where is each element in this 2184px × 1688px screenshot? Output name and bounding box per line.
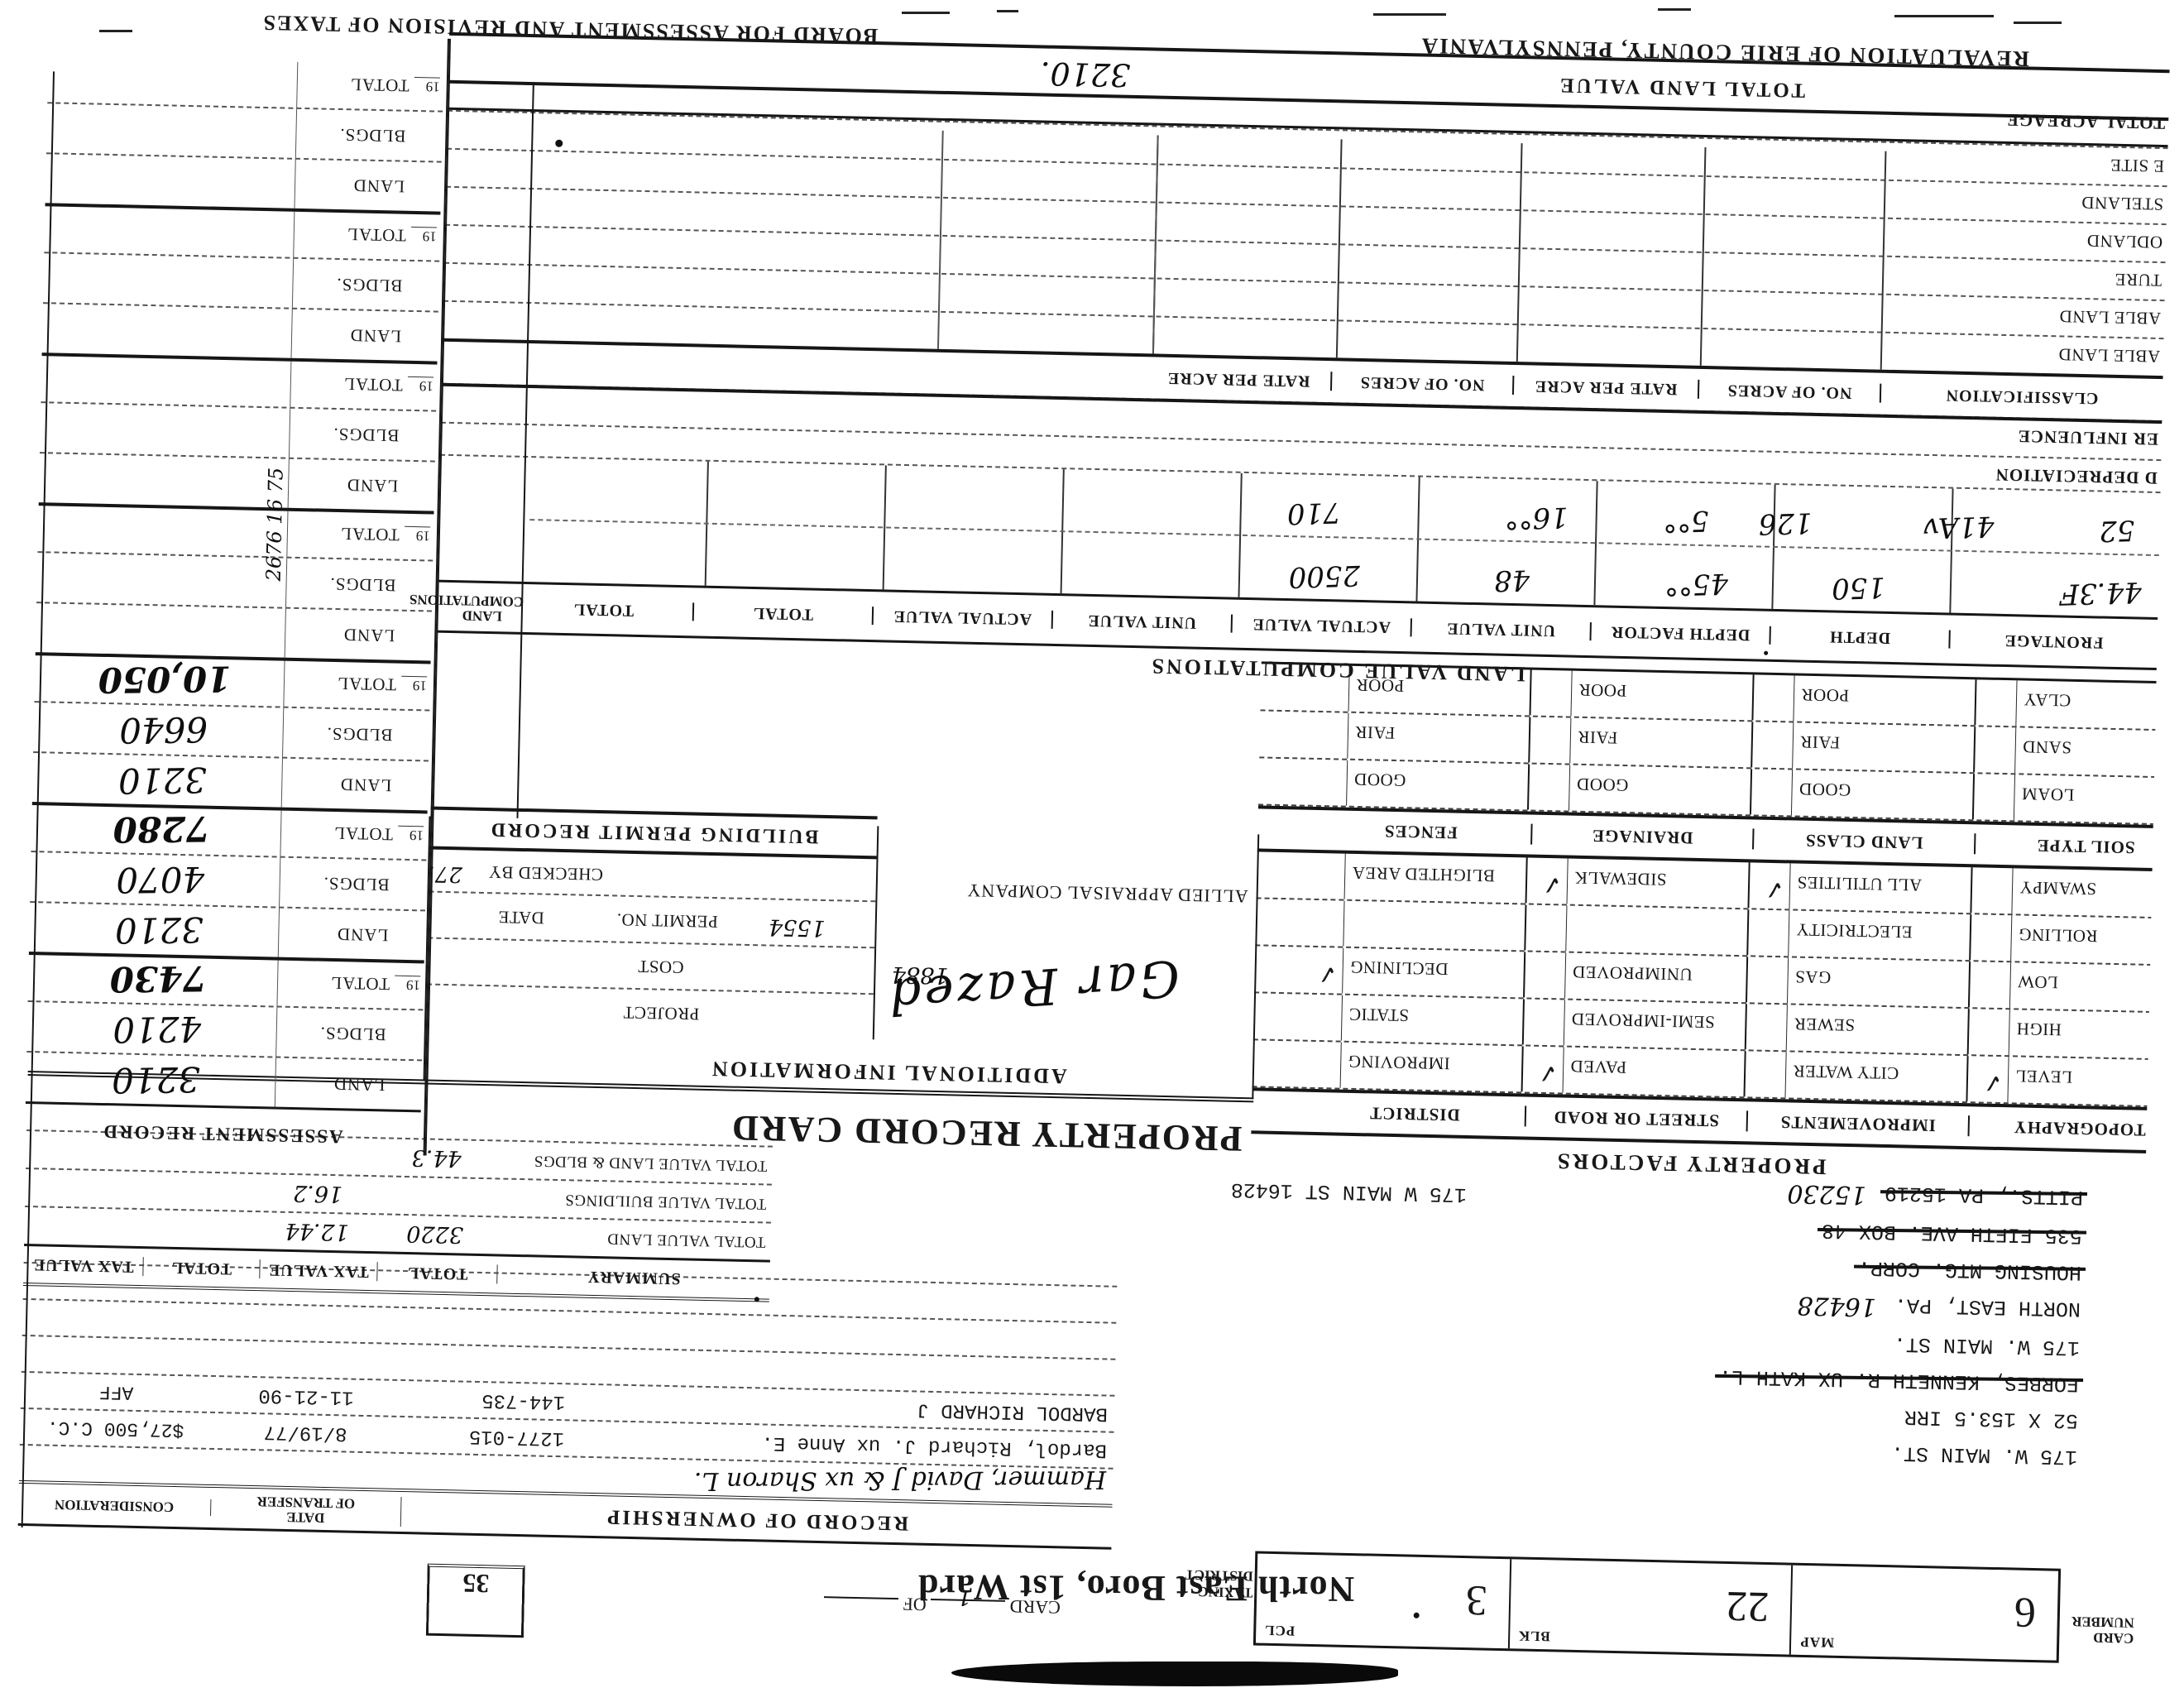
factor-option: GAS	[1788, 957, 1971, 1007]
property-record-card-title: PROPERTY RECORD CARD	[721, 1106, 1252, 1160]
assessment-handwritten-value	[51, 378, 291, 381]
building-permit-record-box: PROJECTCOST1884PERMIT NO.DATE1554CHECKED…	[426, 817, 879, 1040]
permit-cost-label: COST	[638, 956, 684, 977]
comp-handwritten-value: 710	[1286, 496, 1341, 530]
deed-book-page	[399, 1471, 563, 1475]
factor-check-cell	[1525, 952, 1566, 998]
comp-handwritten-value: 2500	[1288, 559, 1361, 594]
assessment-row-label: LAND	[347, 474, 399, 496]
field-label-map: MAP	[1799, 1633, 1834, 1651]
assessment-row-label-cell: LAND	[285, 623, 432, 647]
assessment-block: LANDBLDGS.19TOTAL	[36, 506, 434, 664]
assessment-row: LAND	[42, 304, 438, 361]
assessment-row-label-cell: BLDGS.	[283, 722, 429, 746]
additional-information-title: ADDITIONAL INFORMATION	[574, 1053, 1203, 1091]
assessment-year-prefix: 19	[395, 976, 420, 994]
factor-check-cell	[1303, 900, 1344, 947]
assessment-block: LAND3210BLDGS.407019TOTAL7280	[29, 805, 428, 963]
assessment-block: LANDBLDGS.19TOTAL	[39, 356, 438, 514]
assessment-row-label-cell: LAND	[275, 1072, 422, 1096]
assessment-row-label-cell: 19TOTAL	[291, 372, 438, 396]
summary-total-value: 44.3	[376, 1144, 496, 1172]
factor-check-cell	[1974, 774, 2015, 820]
permit-checked-by-label: CHECKED BY	[488, 861, 603, 885]
owner-address-block: 175 W. MAIN ST.52 X 153.5 IRRFORBES, KEN…	[1449, 1165, 2084, 1475]
assessment-handwritten-value: 7430	[38, 957, 279, 1001]
factor-option: BLIGHTED AREA	[1345, 854, 1528, 904]
comp-handwritten-value: 52	[2099, 513, 2135, 547]
class-header-0: CLASSIFICATION	[1881, 384, 2162, 409]
summary-row-label: TOTAL VALUE BUILDINGS	[495, 1188, 771, 1212]
assessment-row-label-cell: BLDGS.	[280, 872, 426, 896]
summary-row-label: TOTAL VALUE LAND & BLDGS	[496, 1150, 772, 1174]
assessment-row-label: TOTAL	[347, 223, 406, 246]
comp-header-0: FRONTAGE	[1950, 631, 2157, 653]
comp-header-7: TOTAL	[694, 602, 874, 625]
factor-check-cell	[1976, 679, 2017, 726]
assessment-row: LAND	[45, 154, 442, 211]
comp-header-3: UNIT VALUE	[1412, 618, 1592, 640]
factor-option: CITY WATER	[1785, 1052, 1968, 1101]
factor-option: CLAY	[2016, 680, 2170, 730]
address-handwritten-suffix: 16428	[1797, 1287, 1876, 1325]
assessment-block: LAND3210BLDGS.664019TOTAL10,050	[32, 655, 431, 813]
assessment-handwritten-value: 3210	[42, 759, 283, 803]
factor-option: LEVEL	[2008, 1057, 2170, 1106]
address-line-text: 175 W. MAIN ST.	[1891, 1434, 2078, 1475]
permit-project-label: PROJECT	[623, 1002, 700, 1024]
consideration-value	[19, 1463, 210, 1467]
assessment-row-label-cell: 19TOTAL	[285, 672, 431, 696]
permit-no-label: PERMIT NO.	[616, 909, 718, 932]
allied-appraisal-company-label: ALLIED APPRAISAL COMPANY	[966, 880, 1248, 907]
assessment-handwritten-value	[45, 629, 285, 632]
factor-option: GOOD	[1792, 770, 1975, 819]
assessment-row: LAND3210	[29, 903, 425, 960]
factor-option: PAVED	[1564, 1048, 1746, 1097]
permit-handwritten-1884: 1884	[891, 961, 948, 988]
summary-header-3: TOTAL	[144, 1258, 261, 1279]
ownership-title-cell: RECORD OF OWNERSHIP	[401, 1500, 1112, 1539]
permit-date-label: DATE	[498, 906, 544, 928]
assessment-handwritten-value	[57, 129, 297, 132]
class-header-4: RATE PER ACRE	[1147, 368, 1332, 391]
building-permit-record-title-text: BUILDING PERMIT RECORD	[488, 818, 818, 848]
factor-subheader-cell: LAND CLASS	[1754, 829, 1976, 855]
comp-header-5: UNIT VALUE	[1053, 611, 1233, 633]
factor-option: SEWER	[1787, 1005, 1970, 1054]
assessment-row-label-cell: BLDGS.	[296, 123, 443, 147]
factor-check-cell	[1971, 867, 2013, 914]
assessment-row-label: TOTAL	[337, 673, 396, 695]
property-factors-table: TOPOGRAPHYIMPROVEMENTSSTREET OR ROADDIST…	[1251, 661, 2170, 1154]
summary-total-value	[376, 1195, 496, 1197]
factor-option: LOAM	[2014, 774, 2171, 824]
assessment-label-spacer	[386, 1034, 423, 1035]
assessment-handwritten-value: 3210	[36, 1057, 276, 1101]
assessment-row-label-cell: BLDGS.	[290, 423, 436, 447]
factor-check-cell	[1748, 909, 1789, 956]
factor-option: STATIC	[1342, 995, 1525, 1045]
assessment-row: BLDGS.	[43, 253, 439, 312]
assessment-row: BLDGS.4070	[30, 852, 426, 911]
factor-option	[1343, 901, 1526, 951]
comp-handwritten-value: 45°°	[1664, 567, 1728, 602]
assessment-row-label: TOTAL	[340, 523, 400, 545]
permit-row-cost: COST1884	[427, 938, 874, 994]
permit-row-project: PROJECT	[426, 984, 874, 1040]
assessment-handwritten-value	[52, 329, 292, 333]
classification-acreage-table: CLASSIFICATIONNO. OF ACRESRATE PER ACREN…	[442, 65, 2169, 424]
factor-option: FAIR	[1570, 718, 1753, 768]
summary-tax-value	[261, 1154, 377, 1157]
factor-check-cell	[1530, 717, 1571, 764]
assessment-row-label: LAND	[343, 624, 395, 645]
owner-name: BARDOL RICHARD J	[565, 1391, 1114, 1425]
assessment-row-label-cell: 19TOTAL	[298, 73, 444, 97]
consideration-value: $27,500 C.C.	[20, 1416, 211, 1441]
assessment-handwritten-value	[55, 180, 295, 183]
summary-header-0: SUMMARY	[498, 1265, 770, 1290]
factor-check-cell	[1305, 853, 1346, 899]
typed-address-line: 175 W MAIN ST 16428	[1231, 1177, 1468, 1206]
factor-check-cell	[1747, 957, 1789, 1003]
classification-row-label: STELAND	[2081, 192, 2164, 214]
assessment-handwritten-value: 4070	[40, 858, 280, 902]
scanned-property-record-card: CARD NUMBER MAP6BLK22PCL3 CARD OF 1 TAXI…	[14, 0, 2171, 1688]
assessment-year-prefix: 19	[408, 376, 433, 395]
factor-check-cell	[1969, 1009, 2010, 1055]
assessment-row-label-cell: 19TOTAL	[295, 223, 441, 247]
influence-row-label: ER INFLUENCE	[2018, 425, 2159, 449]
assessment-block: LANDBLDGS.19TOTAL	[45, 56, 443, 214]
factor-group-header-cell: STREET OR ROAD	[1526, 1106, 1748, 1132]
assessment-row-label: LAND	[333, 1073, 386, 1095]
assessment-row: 19TOTAL	[47, 53, 443, 112]
address-line-text: 535 FIFTH AVE. BOX 48	[1821, 1211, 2082, 1254]
field-blk: BLK22	[1510, 1559, 1794, 1654]
assessment-row: LAND3210	[32, 753, 429, 810]
assessment-label-spacer	[405, 186, 441, 187]
factor-option: HIGH	[2009, 1009, 2171, 1059]
factor-subheader-cell: SOIL TYPE	[1976, 834, 2170, 860]
assessment-row-label-cell: 19TOTAL	[288, 522, 434, 546]
factor-check-cell	[1971, 914, 2012, 961]
comp-header-4: ACTUAL VALUE	[1233, 615, 1412, 637]
field-value-blk: 22	[1726, 1581, 1770, 1631]
owner-name: Hammer, David J & ux Sharon L.	[563, 1465, 1113, 1497]
assessment-label-spacer	[393, 735, 429, 736]
classification-row-label: ABLE LAND	[2058, 343, 2160, 367]
assessment-row-label-cell: BLDGS.	[276, 1022, 423, 1046]
assessment-row: BLDGS.4210	[26, 1002, 423, 1061]
assessment-row-label-cell: 19TOTAL	[281, 822, 428, 846]
comp-handwritten-value: 150	[1831, 570, 1885, 605]
assessment-row-label: TOTAL	[343, 373, 403, 396]
permit-row-no-date: PERMIT NO.DATE1554	[428, 891, 875, 947]
assessment-row-label: LAND	[340, 774, 392, 795]
card-number-label: CARD NUMBER	[2059, 1614, 2134, 1647]
comp-handwritten-value: 126	[1758, 506, 1813, 540]
factor-check-cell	[1753, 674, 1794, 721]
assessment-handwritten-value: 6640	[43, 708, 284, 752]
factor-check-cell	[1746, 1004, 1788, 1050]
summary-total2	[144, 1228, 259, 1230]
comp-handwritten-value: 5°°	[1662, 504, 1709, 539]
assessment-handwritten-value	[54, 279, 294, 282]
assessment-year-prefix: 19	[405, 526, 430, 544]
assessment-handwritten-value: 4210	[36, 1008, 277, 1052]
address-line-text: 52 X 153.5 IRR	[1904, 1398, 2079, 1439]
ownership-date-col-label: DATEOF TRANSFER	[210, 1493, 401, 1527]
assessment-row: BLDGS.	[46, 103, 443, 162]
transfer-date: 8/19/77	[211, 1419, 400, 1446]
checkmark-icon: ✓	[1527, 857, 1569, 904]
comp-header-6: ACTUAL VALUE	[874, 607, 1053, 629]
assessment-label-spacer	[402, 285, 438, 286]
assessment-row: LAND	[36, 603, 432, 660]
taxing-district-stamp: North East Boro, 1st Ward	[684, 1566, 1354, 1611]
factor-option: LOW	[2010, 962, 2171, 1012]
address-handwritten-suffix: 15230	[1787, 1174, 1866, 1212]
assessment-label-spacer	[405, 136, 442, 137]
assessment-label-spacer	[400, 435, 436, 436]
deed-book-page: 144-735	[400, 1387, 565, 1412]
class-header-2: RATE PER ACRE	[1514, 376, 1699, 400]
summary-row-label: TOTAL VALUE LAND	[494, 1226, 770, 1250]
permit-handwritten-1554: 1554	[769, 914, 826, 940]
comp-mid-dash	[529, 519, 2159, 556]
checkmark-icon: ✓	[1523, 1046, 1564, 1092]
assessment-row-label-cell: LAND	[282, 773, 429, 797]
assessment-handwritten-value: 10,050	[45, 658, 285, 702]
factor-option: SIDEWALK	[1568, 859, 1751, 909]
summary-total-value: 3220	[375, 1220, 495, 1249]
factor-subheader-cell: FENCES	[1310, 819, 1532, 845]
assessment-handwritten-value: 7280	[41, 808, 282, 851]
handwritten-total-land-value: 3210.	[1040, 55, 1131, 93]
ownership-consideration-col-label: CONSIDERATION	[18, 1495, 211, 1516]
assessment-row-label: BLDGS.	[329, 573, 396, 596]
assessment-row-label: LAND	[337, 923, 389, 945]
factor-group-header-cell: TOPOGRAPHY	[1969, 1116, 2170, 1142]
assessment-row-label: BLDGS.	[333, 424, 400, 446]
factor-option: ROLLING	[2011, 915, 2170, 965]
assessment-row-label: TOTAL	[330, 972, 390, 995]
class-header-1: NO. OF ACRES	[1699, 380, 1881, 403]
assessment-label-spacer	[395, 635, 431, 636]
assessment-row-label: TOTAL	[350, 74, 409, 96]
class-header-3: NO. OF ACRES	[1332, 372, 1514, 396]
field-value-pcl: 3	[1465, 1575, 1487, 1625]
assessment-label-spacer	[388, 935, 424, 936]
factor-check-cell	[1970, 961, 2011, 1008]
comp-handwritten-value: 44.3F	[2059, 575, 2142, 611]
classification-body: ABLE LANDABLE LANDTUREODLANDSTELANDE SIT…	[443, 110, 2168, 376]
assessment-row-label-cell: LAND	[292, 324, 438, 348]
assessment-row-label: BLDGS.	[336, 274, 403, 296]
factor-option: SEMI-IMPROVED	[1564, 1000, 1747, 1050]
assessment-label-spacer	[391, 785, 428, 786]
factor-check-cell	[1751, 769, 1793, 815]
assessment-row-label-cell: BLDGS.	[286, 573, 433, 597]
factor-check-cell	[1529, 765, 1570, 811]
factor-option: GOOD	[1569, 765, 1752, 815]
summary-header-2: TAX VALUE	[260, 1260, 378, 1282]
assessment-row-label: BLDGS.	[323, 873, 390, 895]
assessment-label-spacer	[401, 336, 438, 337]
factor-option: SAND	[2015, 727, 2170, 777]
address-line-text: 175 W. MAIN ST.	[1893, 1325, 2080, 1365]
assessment-block: LANDBLDGS.19TOTAL	[42, 206, 441, 364]
assessment-row: BLDGS.	[36, 553, 433, 611]
consideration-value: AFF	[21, 1379, 212, 1405]
assessment-label-spacer	[385, 1085, 421, 1086]
factor-check-cell	[1525, 904, 1567, 951]
ink-speck	[1764, 651, 1768, 655]
factor-option: ALL UTILITIES	[1789, 863, 1972, 913]
assessment-row-label-cell: LAND	[295, 174, 442, 198]
factor-option: IMPROVING	[1341, 1043, 1524, 1092]
factor-check-cell	[1975, 727, 2016, 773]
summary-tax2	[26, 1187, 145, 1190]
classification-row-label: E SITE	[2110, 155, 2164, 176]
checkmark-icon: ✓	[1967, 1056, 2009, 1102]
summary-tax-value: 12.44	[258, 1218, 376, 1246]
assessment-row: BLDGS.	[40, 403, 436, 462]
summary-tax2	[26, 1149, 146, 1152]
summary-header-1: TOTAL	[377, 1263, 498, 1284]
assessment-handwritten-value	[47, 578, 287, 582]
assessment-row: LAND3210	[26, 1053, 422, 1110]
assessment-handwritten-value	[50, 429, 290, 432]
comp-header-8: TOTAL	[515, 599, 694, 621]
factor-option: GOOD	[1347, 760, 1530, 810]
assessment-row-label: TOTAL	[333, 822, 393, 845]
total-land-value-label: TOTAL LAND VALUE	[1558, 73, 1806, 102]
assessment-row-label: BLDGS.	[339, 124, 406, 146]
field-label-blk: BLK	[1518, 1627, 1550, 1644]
factor-check-cell	[1301, 995, 1343, 1041]
permit-handwritten-mark: 27.	[428, 861, 462, 887]
assessment-label-spacer	[390, 885, 426, 885]
assessment-row-label-cell: LAND	[289, 473, 435, 497]
field-value-map: 6	[2014, 1588, 2036, 1638]
comp-header-1: DEPTH	[1770, 626, 1950, 649]
summary-tax2	[25, 1225, 144, 1228]
assessment-handwritten-value	[58, 79, 298, 82]
factor-option: POOR	[1794, 675, 1976, 725]
assessment-label-spacer	[396, 585, 433, 586]
summary-table: SUMMARYTOTALTAX VALUETOTALTAX VALUETOTAL…	[23, 1129, 773, 1302]
assessment-row-label-cell: 19TOTAL	[278, 971, 424, 995]
assessment-block: LAND3210BLDGS.421019TOTAL7430	[26, 955, 424, 1112]
assessment-label-spacer	[398, 486, 434, 487]
assessment-year-prefix: 19	[398, 826, 424, 844]
assessment-handwritten-value	[48, 528, 288, 531]
assessment-year-prefix: 19	[411, 227, 437, 245]
record-of-ownership-table: RECORD OF OWNERSHIPDATEOF TRANSFERCONSID…	[18, 1276, 1117, 1550]
factor-group-header-cell: DISTRICT	[1305, 1101, 1526, 1127]
assessment-handwritten-value	[55, 228, 295, 232]
address-line-text: HOUSING MTG. CORP.	[1857, 1249, 2081, 1290]
assessment-row-label-cell: LAND	[279, 923, 425, 947]
assessment-record-blocks: LAND3210BLDGS.421019TOTAL7430LAND3210BLD…	[26, 56, 444, 1112]
owner-name: Bardol, Richard J. ux Anne E.	[564, 1427, 1114, 1461]
address-line-text: NORTH EAST, PA.	[1894, 1286, 2081, 1326]
summary-header-4: TAX VALUE	[23, 1254, 144, 1276]
factor-option: FAIR	[1348, 713, 1530, 763]
factor-option: UNIMPROVED	[1565, 953, 1748, 1003]
deed-book-page: 1277-015	[400, 1423, 564, 1449]
assessment-row-label: LAND	[353, 175, 405, 196]
assessment-row-label-cell: BLDGS.	[293, 273, 439, 297]
assessment-handwritten-value	[49, 479, 289, 482]
summary-total2	[145, 1190, 260, 1192]
checkmark-icon: ✓	[1302, 947, 1343, 994]
assessment-year-prefix: 19	[414, 77, 440, 95]
assessment-year-prefix: 19	[401, 676, 427, 694]
sideways-handwritten-scribble: 2676 16 75	[262, 468, 288, 582]
assessment-row-label: BLDGS.	[319, 1023, 386, 1045]
summary-total2	[146, 1152, 261, 1154]
transfer-date	[210, 1467, 400, 1471]
factor-option: ELECTRICITY	[1789, 910, 1971, 960]
scan-edge-smudge	[951, 1662, 1398, 1686]
factor-check-cell	[1306, 760, 1348, 806]
factor-option: SWAMPY	[2012, 868, 2170, 918]
assessment-handwritten-value: 3210	[39, 909, 280, 952]
transfer-date: 11-21-90	[211, 1383, 400, 1409]
factor-group-header-cell: IMPROVEMENTS	[1748, 1111, 1970, 1137]
corner-number-value: 35	[462, 1568, 490, 1599]
field-label-pcl: PCL	[1264, 1622, 1295, 1639]
factor-option: DECLINING	[1343, 948, 1525, 998]
assessment-row-label: BLDGS.	[326, 723, 393, 746]
land-computations-side-note: LAND COMPUTATIONS	[441, 592, 524, 624]
classification-row-label: TURE	[2115, 269, 2162, 290]
comp-handwritten-value: 41Av	[1923, 509, 1995, 544]
factor-check-cell	[1524, 999, 1565, 1045]
factor-check-cell	[1307, 712, 1348, 759]
comp-handwritten-value: 48	[1493, 563, 1530, 597]
map-blk-pcl-fields: MAP6BLK22PCL3	[1253, 1551, 2061, 1663]
classification-row-label: ABLE LAND	[2059, 305, 2161, 328]
classification-row-label: ODLAND	[2086, 230, 2162, 252]
factor-check-cell	[1300, 1042, 1342, 1088]
factor-check-cell	[1745, 1051, 1786, 1097]
summary-tax-value: 16.2	[259, 1180, 376, 1208]
assessment-row-label: LAND	[350, 324, 402, 346]
factor-subheader-cell: DRAINAGE	[1532, 824, 1754, 850]
field-map: MAP6	[1791, 1566, 2058, 1661]
factor-check-cell	[1752, 722, 1794, 768]
influence-row-label: D DEPRECIATION	[1995, 464, 2158, 488]
comp-handwritten-value: 16°°	[1504, 500, 1569, 535]
corner-number-box: 35	[426, 1564, 525, 1638]
assessment-row: BLDGS.6640	[33, 703, 429, 761]
checkmark-icon: ✓	[1749, 862, 1790, 909]
comp-header-2: DEPTH FACTOR	[1591, 622, 1770, 645]
factor-option	[1566, 906, 1749, 956]
assessment-row: LAND	[39, 453, 435, 511]
factor-option: FAIR	[1793, 722, 1976, 772]
